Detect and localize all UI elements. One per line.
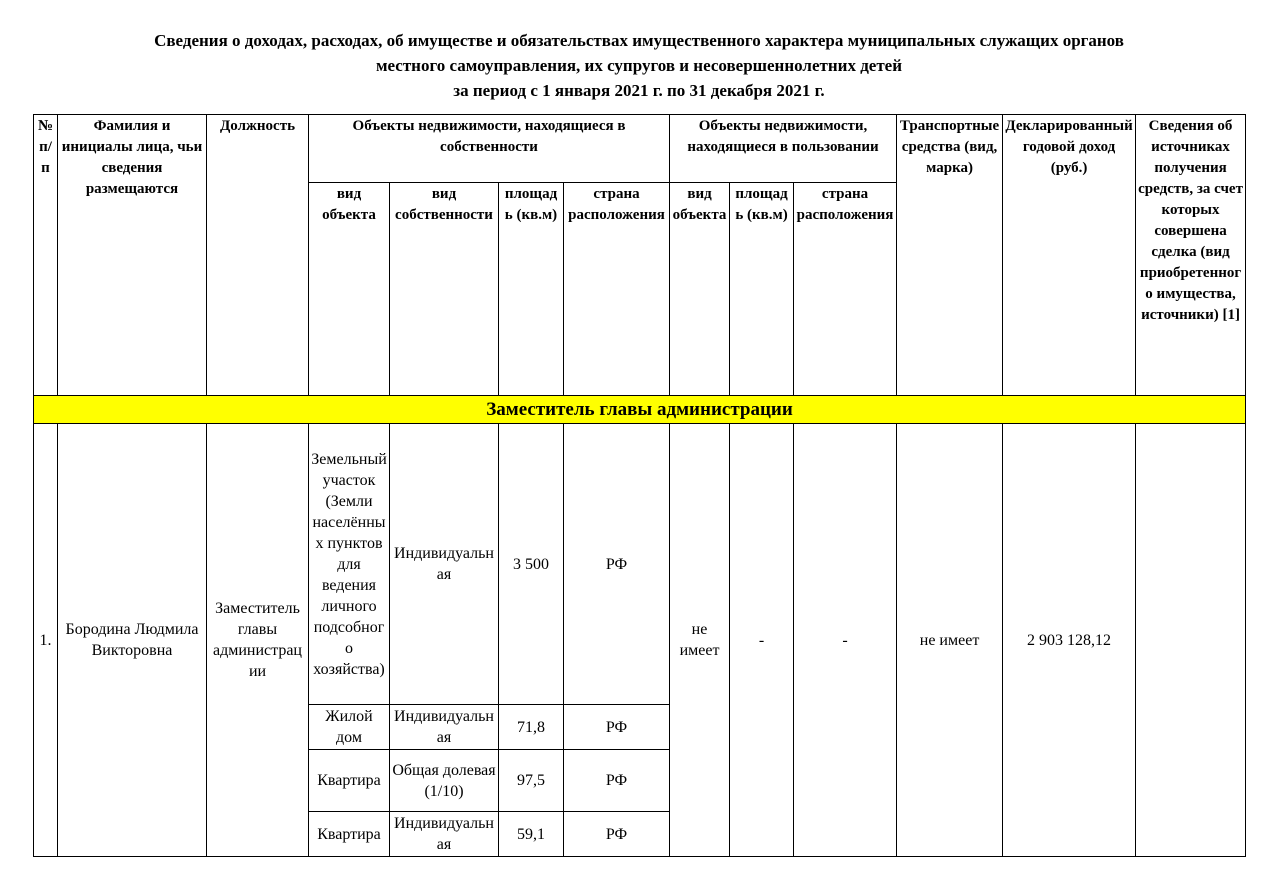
cell-property-type: Жилой дом xyxy=(309,705,390,750)
cell-ownership-type: Индивидуальная xyxy=(390,705,499,750)
col-header-used-type: вид объекта xyxy=(670,183,730,396)
cell-ownership-type: Индивидуальная xyxy=(390,812,499,857)
cell-property-type: Земельный участок (Земли населённых пунк… xyxy=(309,424,390,705)
col-header-used-group: Объекты недвижимости, находящиеся в поль… xyxy=(670,115,897,183)
col-header-num: № п/п xyxy=(34,115,58,396)
cell-ownership-type: Индивидуальная xyxy=(390,424,499,705)
cell-person-name: Бородина Людмила Викторовна xyxy=(58,424,207,857)
cell-area: 71,8 xyxy=(499,705,564,750)
cell-country: РФ xyxy=(564,424,670,705)
cell-used-country: - xyxy=(794,424,897,857)
disclosure-table: № п/п Фамилия и инициалы лица, чьи сведе… xyxy=(33,114,1246,857)
person-row: 1. Бородина Людмила Викторовна Заместите… xyxy=(34,424,1246,705)
cell-used-object-type: не имеет xyxy=(670,424,730,857)
section-banner-row: Заместитель главы администрации xyxy=(34,396,1246,424)
document-title: Сведения о доходах, расходах, об имущест… xyxy=(43,28,1235,103)
col-header-used-area: площадь (кв.м) xyxy=(730,183,794,396)
col-header-sources: Сведения об источниках получения средств… xyxy=(1136,115,1246,396)
col-header-position: Должность xyxy=(207,115,309,396)
header-row-groups: № п/п Фамилия и инициалы лица, чьи сведе… xyxy=(34,115,1246,183)
cell-country: РФ xyxy=(564,705,670,750)
cell-property-type: Квартира xyxy=(309,812,390,857)
cell-position: Заместитель главы администрации xyxy=(207,424,309,857)
cell-used-area: - xyxy=(730,424,794,857)
cell-ownership-type: Общая долевая (1/10) xyxy=(390,750,499,812)
col-header-transport: Транспортные средства (вид, марка) xyxy=(897,115,1003,396)
col-header-owned-type: вид объекта xyxy=(309,183,390,396)
col-header-owned-country: страна расположения xyxy=(564,183,670,396)
cell-annual-income: 2 903 128,12 xyxy=(1003,424,1136,857)
col-header-used-country: страна расположения xyxy=(794,183,897,396)
title-line-3: за период с 1 января 2021 г. по 31 декаб… xyxy=(43,78,1235,103)
cell-transport: не имеет xyxy=(897,424,1003,857)
section-banner: Заместитель главы администрации xyxy=(34,396,1246,424)
col-header-owned-ownership: вид собственности xyxy=(390,183,499,396)
cell-funding-sources xyxy=(1136,424,1246,857)
cell-country: РФ xyxy=(564,750,670,812)
col-header-owned-group: Объекты недвижимости, находящиеся в собс… xyxy=(309,115,670,183)
title-line-1: Сведения о доходах, расходах, об имущест… xyxy=(43,28,1235,53)
cell-area: 97,5 xyxy=(499,750,564,812)
cell-country: РФ xyxy=(564,812,670,857)
cell-row-number: 1. xyxy=(34,424,58,857)
cell-property-type: Квартира xyxy=(309,750,390,812)
col-header-income: Декларированный годовой доход (руб.) xyxy=(1003,115,1136,396)
col-header-name: Фамилия и инициалы лица, чьи сведения ра… xyxy=(58,115,207,396)
col-header-owned-area: площадь (кв.м) xyxy=(499,183,564,396)
cell-area: 59,1 xyxy=(499,812,564,857)
title-line-2: местного самоуправления, их супругов и н… xyxy=(43,53,1235,78)
document-page: Сведения о доходах, расходах, об имущест… xyxy=(0,0,1280,879)
cell-area: 3 500 xyxy=(499,424,564,705)
